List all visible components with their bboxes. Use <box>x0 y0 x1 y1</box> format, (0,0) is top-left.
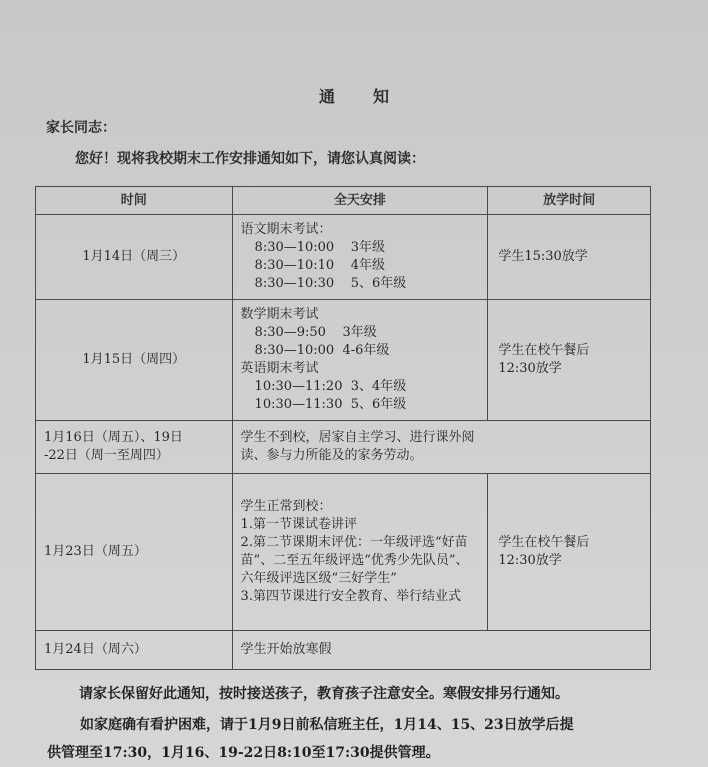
schedule-cell: 学生不到校，居家自主学习、进行课外阅读、参与力所能及的家务劳动。 <box>232 421 650 474</box>
schedule-line: 2.第二节课期末评优：一年级评选“好苗苗”、二至五年级评选“优秀少先队员”、六年… <box>241 534 480 588</box>
schedule-line: 8:30—10:00 4-6年级 <box>241 342 480 360</box>
table-header-row: 时间 全天安排 放学时间 <box>36 187 651 215</box>
release-cell: 学生15:30放学 <box>488 215 651 300</box>
date-cell: 1月14日（周三） <box>36 215 233 300</box>
schedule-cell: 学生开始放寒假 <box>232 631 650 670</box>
date-cell: 1月15日（周四） <box>36 300 233 421</box>
date-line: -22日（周一至周四） <box>44 447 224 465</box>
notice-page: 通知 家长同志： 您好！现将我校期末工作安排通知如下，请您认真阅读： 时间 全天… <box>0 0 708 767</box>
release-cell: 学生在校午餐后 12:30放学 <box>488 474 651 631</box>
table-row: 1月14日（周三） 语文期末考试： 8:30—10:00 3年级 8:30—10… <box>36 215 651 300</box>
release-line: 12:30放学 <box>498 360 642 378</box>
schedule-line: 10:30—11:20 3、4年级 <box>241 378 480 396</box>
date-line: 1月16日（周五）、19日 <box>44 429 224 447</box>
release-cell: 学生在校午餐后 12:30放学 <box>488 300 651 421</box>
schedule-line: 3.第四节课进行安全教育、举行结业式 <box>241 588 480 606</box>
release-line: 学生15:30放学 <box>498 248 642 266</box>
release-line: 12:30放学 <box>498 552 642 570</box>
date-cell: 1月16日（周五）、19日 -22日（周一至周四） <box>36 421 233 474</box>
schedule-line: 学生正常到校： <box>241 498 480 516</box>
intro-paragraph: 您好！现将我校期末工作安排通知如下，请您认真阅读： <box>75 148 425 168</box>
document-title: 通知 <box>0 84 708 107</box>
schedule-line: 英语期末考试 <box>241 360 480 378</box>
schedule-line: 8:30—10:10 4年级 <box>241 257 480 275</box>
schedule-line: 1.第一节课试卷讲评 <box>241 516 480 534</box>
schedule-cell: 学生正常到校： 1.第一节课试卷讲评 2.第二节课期末评优：一年级评选“好苗苗”… <box>232 474 488 631</box>
schedule-line: 10:30—11:30 5、6年级 <box>241 396 480 414</box>
schedule-cell: 语文期末考试： 8:30—10:00 3年级 8:30—10:10 4年级 8:… <box>232 215 488 300</box>
table-row: 1月24日（周六） 学生开始放寒假 <box>36 631 651 670</box>
table-row: 1月16日（周五）、19日 -22日（周一至周四） 学生不到校，居家自主学习、进… <box>36 421 651 474</box>
schedule-cell: 数学期末考试 8:30—9:50 3年级 8:30—10:00 4-6年级 英语… <box>232 300 488 421</box>
release-line: 学生在校午餐后 <box>498 534 642 552</box>
footer-paragraph-2-continued: 供管理至17:30，1月16、19-22日8:10至17:30提供管理。 <box>47 742 440 762</box>
footer-paragraph-1: 请家长保留好此通知，按时接送孩子，教育孩子注意安全。寒假安排另行通知。 <box>79 683 569 703</box>
schedule-line: 8:30—9:50 3年级 <box>241 324 480 342</box>
table-row: 1月15日（周四） 数学期末考试 8:30—9:50 3年级 8:30—10:0… <box>36 300 651 421</box>
schedule-table: 时间 全天安排 放学时间 1月14日（周三） 语文期末考试： 8:30—10:0… <box>35 186 651 670</box>
date-cell: 1月24日（周六） <box>36 631 233 670</box>
schedule-line: 8:30—10:00 3年级 <box>241 239 480 257</box>
header-release: 放学时间 <box>488 187 651 215</box>
footer-paragraph-2: 如家庭确有看护困难，请于1月9日前私信班主任，1月14、15、23日放学后提 <box>80 714 574 734</box>
schedule-line: 8:30—10:30 5、6年级 <box>241 275 480 293</box>
schedule-line: 语文期末考试： <box>241 221 480 239</box>
table-row: 1月23日（周五） 学生正常到校： 1.第一节课试卷讲评 2.第二节课期末评优：… <box>36 474 651 631</box>
salutation: 家长同志： <box>46 117 116 137</box>
release-line: 学生在校午餐后 <box>498 342 642 360</box>
date-cell: 1月23日（周五） <box>36 474 233 631</box>
header-schedule: 全天安排 <box>232 187 488 215</box>
header-time: 时间 <box>36 187 233 215</box>
schedule-line: 数学期末考试 <box>241 306 480 324</box>
